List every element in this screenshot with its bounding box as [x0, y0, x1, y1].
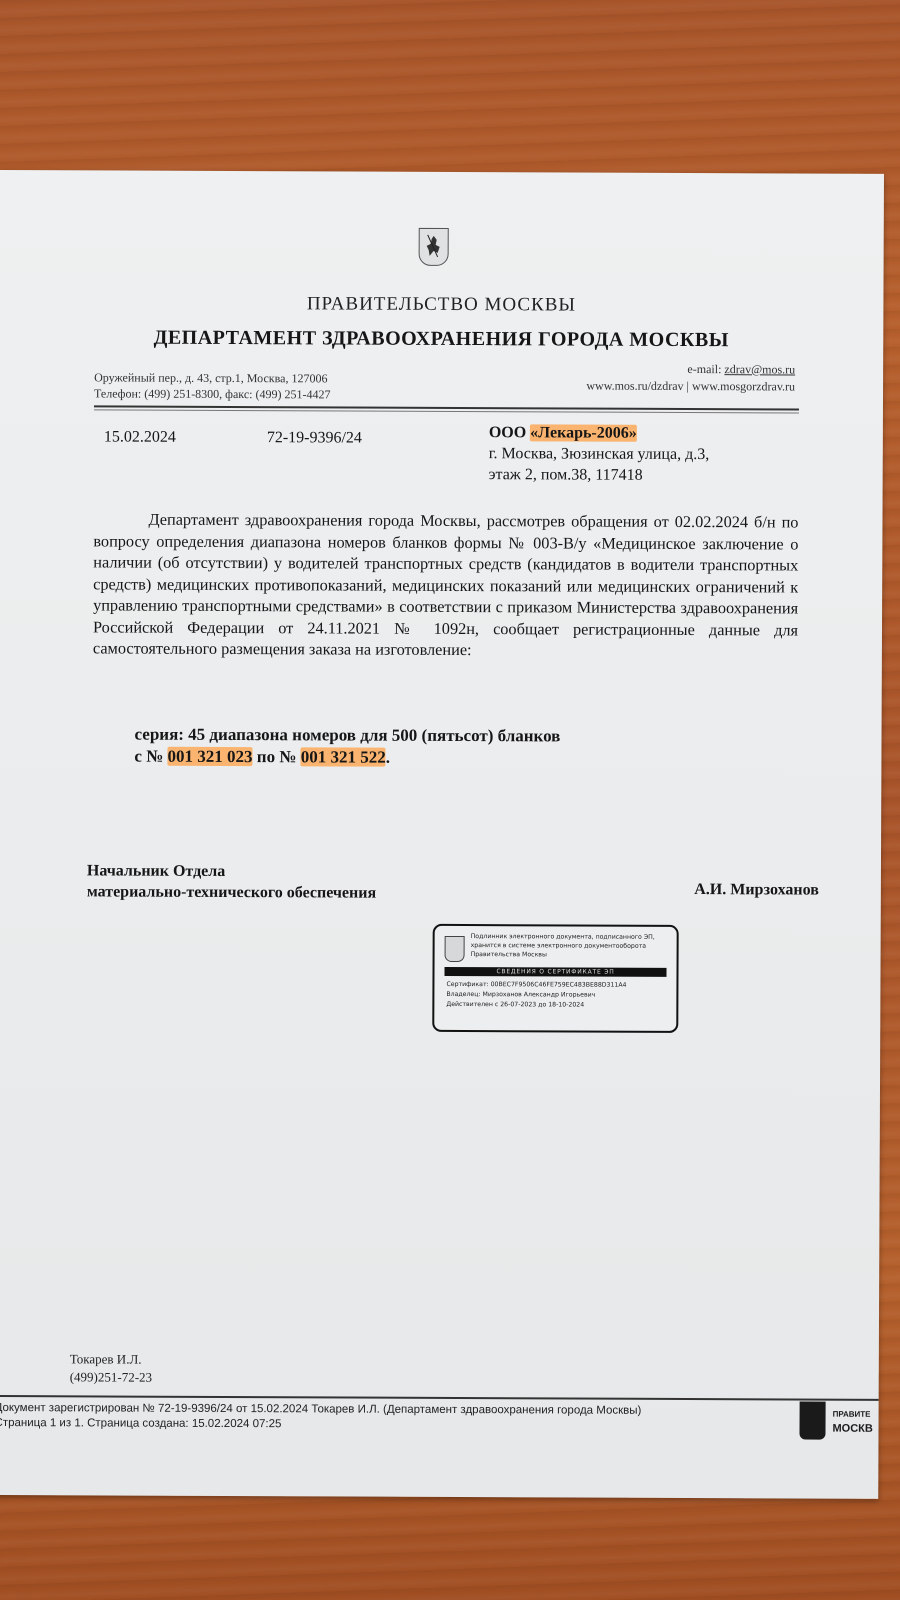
stamp-certificate-header: СВЕДЕНИЯ О СЕРТИФИКАТЕ ЭП [444, 967, 666, 977]
letter-body-paragraph: Департамент здравоохранения города Москв… [93, 508, 799, 662]
executor-phone: (499)251-72-23 [70, 1368, 152, 1386]
range-from-prefix: с № [134, 747, 167, 766]
websites[interactable]: www.mos.ru/dzdrav | www.mosgorzdrav.ru [586, 378, 795, 396]
moscow-coat-of-arms-icon [419, 228, 449, 266]
department-phone: Телефон: (499) 251-8300, факс: (499) 251… [94, 385, 331, 402]
recipient-org-name-highlighted: «Лекарь-2006» [530, 424, 637, 441]
range-from-highlighted: 001 321 023 [168, 747, 253, 766]
official-letter: ПРАВИТЕЛЬСТВО МОСКВЫ ДЕПАРТАМЕНТ ЗДРАВОО… [0, 170, 884, 1499]
range-mid: по № [253, 747, 301, 766]
footer-brand-line2: МОСКВ [832, 1422, 872, 1436]
government-title: ПРАВИТЕЛЬСТВО МОСКВЫ [0, 292, 883, 318]
stamp-intro-text: Подлинник электронного документа, подпис… [471, 932, 671, 960]
footer-divider [0, 1395, 879, 1401]
email-line: e-mail: zdrav@mos.ru [586, 361, 795, 379]
stamp-certificate-details: Сертификат: 00BEC7F9506C46FE759EC483BE88… [446, 980, 626, 1011]
email-link[interactable]: zdrav@mos.ru [724, 362, 795, 376]
signatory-title-line1: Начальник Отдела [87, 860, 376, 882]
registration-number: 72-19-9396/24 [267, 429, 362, 447]
recipient-address-line2: этаж 2, пом.38, 117418 [489, 464, 710, 486]
executor-block: Токарев И.Л. (499)251-72-23 [70, 1350, 152, 1386]
footer-brand: ПРАВИТЕ МОСКВ [832, 1408, 872, 1436]
executor-name: Токарев И.Л. [70, 1350, 152, 1368]
series-line: серия: 45 диапазона номеров для 500 (пят… [134, 724, 817, 749]
stamp-validity: Действителен с 26-07-2023 до 18-10-2024 [446, 1000, 626, 1011]
recipient-org-prefix: ООО [489, 424, 530, 441]
recipient-address-line1: г. Москва, Зюзинская улица, д.3, [489, 443, 710, 465]
department-address: Оружейный пер., д. 43, стр.1, Москва, 12… [94, 369, 331, 386]
department-title: ДЕПАРТАМЕНТ ЗДРАВООХРАНЕНИЯ ГОРОДА МОСКВ… [0, 326, 883, 353]
email-label: e-mail: [687, 362, 724, 376]
signatory-title-line2: материально-технического обеспечения [87, 881, 376, 903]
stamp-coat-of-arms-icon [445, 936, 465, 962]
registration-date: 15.02.2024 [104, 428, 176, 446]
recipient-org: ООО «Лекарь-2006» [489, 422, 710, 444]
footer-line2: Страница 1 из 1. Страница создана: 15.02… [0, 1416, 641, 1434]
electronic-signature-stamp: Подлинник электронного документа, подпис… [432, 924, 678, 1033]
footer-brand-line1: ПРАВИТЕ [833, 1408, 873, 1422]
blank-series-range: серия: 45 диапазона номеров для 500 (пят… [134, 724, 817, 771]
footer-moscow-logo-icon [799, 1402, 825, 1440]
signatory-name: А.И. Мирзоханов [694, 881, 819, 900]
contact-web-block: e-mail: zdrav@mos.ru www.mos.ru/dzdrav |… [586, 361, 795, 396]
recipient-block: ООО «Лекарь-2006» г. Москва, Зюзинская у… [489, 422, 710, 486]
range-to-highlighted: 001 321 522 [301, 747, 386, 766]
contact-address-block: Оружейный пер., д. 43, стр.1, Москва, 12… [94, 369, 331, 402]
range-end: . [386, 748, 390, 767]
range-line: с № 001 321 023 по № 001 321 522. [134, 746, 817, 771]
signatory-title: Начальник Отдела материально-техническог… [87, 860, 376, 903]
footer-registration-info: Документ зарегистрирован № 72-19-9396/24… [0, 1401, 641, 1434]
